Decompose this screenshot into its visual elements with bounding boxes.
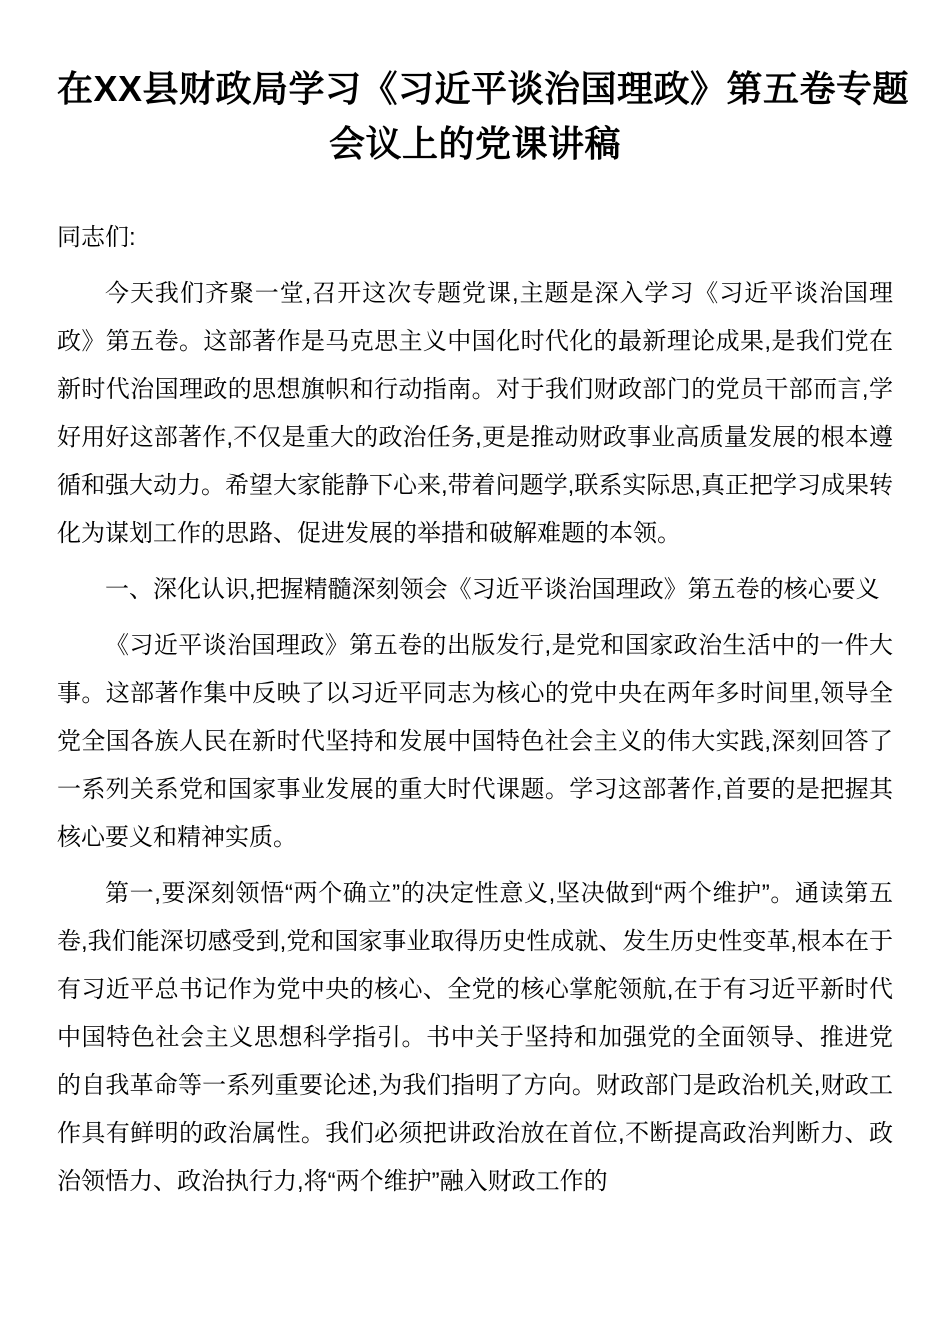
salutation: 同志们:: [57, 214, 893, 262]
document-body: 同志们: 今天我们齐聚一堂,召开这次专题党课,主题是深入学习《习近平谈治国理政》…: [57, 214, 893, 1206]
paragraph-intro: 今天我们齐聚一堂,召开这次专题党课,主题是深入学习《习近平谈治国理政》第五卷。这…: [57, 270, 893, 558]
document-title-line-2: 会议上的党课讲稿: [57, 116, 893, 171]
document-page: 在XX县财政局学习《习近平谈治国理政》第五卷专题 会议上的党课讲稿 同志们: 今…: [0, 0, 950, 1344]
section-heading-1: 一、深化认识,把握精髓深刻领会《习近平谈治国理政》第五卷的核心要义: [57, 566, 893, 614]
document-title: 在XX县财政局学习《习近平谈治国理政》第五卷专题 会议上的党课讲稿: [57, 61, 893, 171]
paragraph-section-overview: 《习近平谈治国理政》第五卷的出版发行,是党和国家政治生活中的一件大事。这部著作集…: [57, 622, 893, 862]
paragraph-point-one: 第一,要深刻领悟“两个确立”的决定性意义,坚决做到“两个维护”。通读第五卷,我们…: [57, 870, 893, 1206]
document-title-line-1: 在XX县财政局学习《习近平谈治国理政》第五卷专题: [57, 61, 893, 116]
